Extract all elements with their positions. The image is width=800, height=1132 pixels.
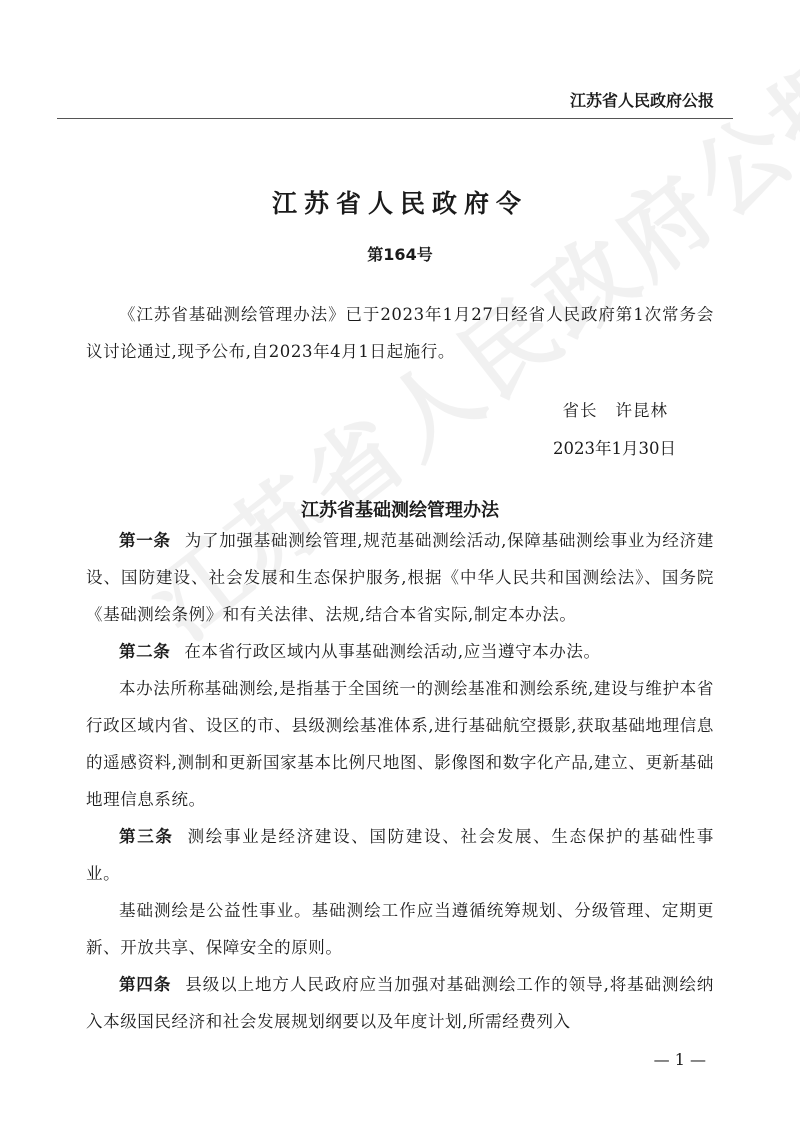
law-body: 第一条为了加强基础测绘管理,规范基础测绘活动,保障基础测绘事业为经济建设、国防建… [86,522,714,1040]
signatory-title: 省长 [563,401,598,420]
article-label: 第二条 [119,642,170,661]
decree-number: 第164号 [0,242,800,265]
decree-title: 江苏省人民政府令 [0,184,800,220]
article-paragraph: 基础测绘是公益性事业。基础测绘工作应当遵循统筹规划、分级管理、定期更新、开放共享… [86,892,714,966]
article-paragraph: 本办法所称基础测绘,是指基于全国统一的测绘基准和测绘系统,建设与维护本省行政区域… [86,670,714,818]
decree-date: 2023年1月30日 [553,435,676,459]
article-paragraph: 第二条在本省行政区域内从事基础测绘活动,应当遵守本办法。 [86,633,714,670]
page-number: — 1 — [654,1050,706,1069]
article-paragraph: 第一条为了加强基础测绘管理,规范基础测绘活动,保障基础测绘事业为经济建设、国防建… [86,522,714,633]
decree-announcement: 《江苏省基础测绘管理办法》已于2023年1月27日经省人民政府第1次常务会议讨论… [86,296,714,370]
article-paragraph: 第四条县级以上地方人民政府应当加强对基础测绘工作的领导,将基础测绘纳入本级国民经… [86,966,714,1040]
law-title: 江苏省基础测绘管理办法 [0,496,800,522]
article-label: 第四条 [119,975,171,994]
header-divider [57,118,733,119]
article-paragraph: 第三条测绘事业是经济建设、国防建设、社会发展、生态保护的基础性事业。 [86,818,714,892]
signatory-name: 许昆林 [616,401,669,420]
article-label: 第三条 [119,827,174,846]
article-label: 第一条 [119,531,171,550]
signature: 省长许昆林 [563,397,669,421]
announcement-text: 《江苏省基础测绘管理办法》已于2023年1月27日经省人民政府第1次常务会议讨论… [86,296,714,370]
publication-header: 江苏省人民政府公报 [570,88,714,111]
